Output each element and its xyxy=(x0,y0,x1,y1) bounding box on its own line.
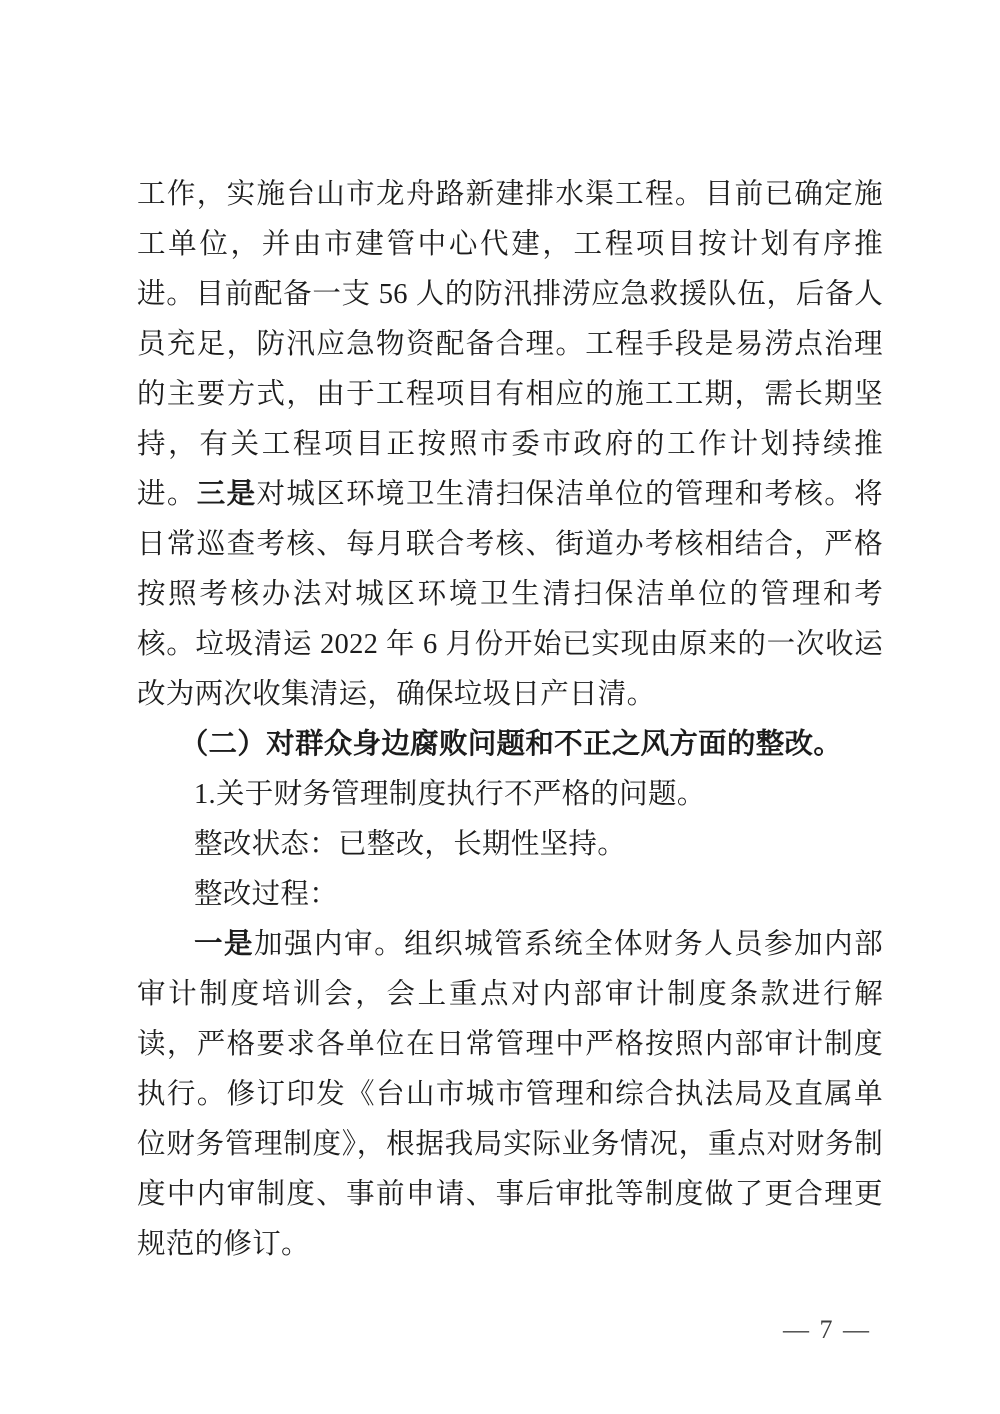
status-line: 整改状态：已整改，长期性坚持。 xyxy=(137,820,883,870)
document-page: 工作，实施台山市龙舟路新建排水渠工程。目前已确定施工单位，并由市建管中心代建，工… xyxy=(0,0,1000,1414)
process-paragraph: 一是加强内审。组织城管系统全体财务人员参加内部审计制度培训会，会上重点对内部审计… xyxy=(137,920,883,1270)
document-body: 工作，实施台山市龙舟路新建排水渠工程。目前已确定施工单位，并由市建管中心代建，工… xyxy=(137,170,883,1270)
item-title-text: 1.关于财务管理制度执行不严格的问题。 xyxy=(194,779,706,810)
item-title: 1.关于财务管理制度执行不严格的问题。 xyxy=(137,770,883,820)
bold-marker-run: 三是 xyxy=(197,479,257,510)
text-run: 对城区环境卫生清扫保洁单位的管理和考核。将日常巡查考核、每月联合考核、街道办考核… xyxy=(137,479,883,710)
process-label-text: 整改过程： xyxy=(194,879,338,910)
section-heading-text: （二）对群众身边腐败问题和不正之风方面的整改。 xyxy=(180,729,842,760)
process-label: 整改过程： xyxy=(137,870,883,920)
section-heading: （二）对群众身边腐败问题和不正之风方面的整改。 xyxy=(137,720,883,770)
text-run: 加强内审。组织城管系统全体财务人员参加内部审计制度培训会，会上重点对内部审计制度… xyxy=(137,929,883,1260)
text-run: 工作，实施台山市龙舟路新建排水渠工程。目前已确定施工单位，并由市建管中心代建，工… xyxy=(137,179,883,510)
bold-marker-run: 一是 xyxy=(194,929,254,960)
paragraph-continuation: 工作，实施台山市龙舟路新建排水渠工程。目前已确定施工单位，并由市建管中心代建，工… xyxy=(137,170,883,720)
status-line-text: 整改状态：已整改，长期性坚持。 xyxy=(194,829,626,860)
page-number: — 7 — xyxy=(762,1314,892,1346)
